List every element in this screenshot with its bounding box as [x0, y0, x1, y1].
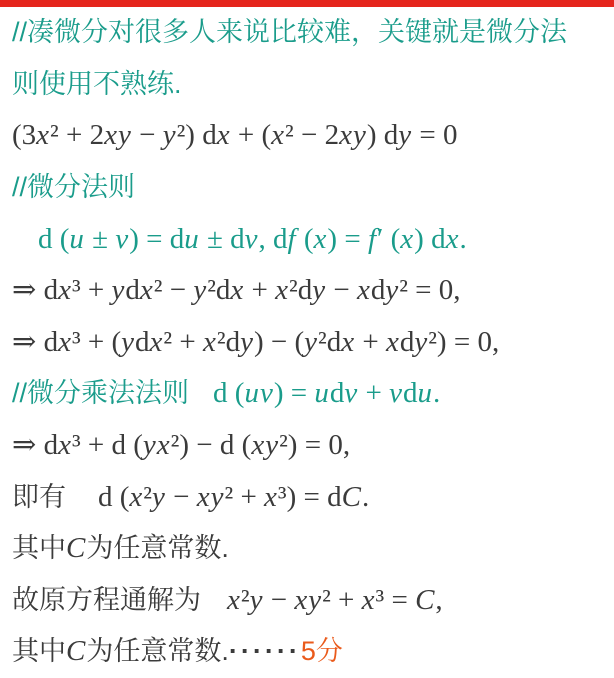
text-segment: //凑微分对很多人来说比较难，关键就是微分法: [12, 19, 567, 46]
text-segment: ······: [229, 638, 301, 665]
text-segment: 为任意常数.: [86, 535, 229, 562]
top-accent-bar: [0, 0, 614, 7]
text-segment: 为任意常数.: [86, 638, 229, 665]
math-segment: C: [66, 534, 86, 563]
step-total-differential: 即有d (x²y − xy² + x³) = dC.: [12, 471, 606, 523]
math-segment: d (u ± v) = du ± dv, df (x) = f′ (x) dx.: [38, 225, 467, 254]
math-segment: d (x²y − xy² + x³) = dC.: [98, 483, 369, 512]
document-content: //凑微分对很多人来说比较难，关键就是微分法则使用不熟练.(3x² + 2xy …: [0, 7, 614, 678]
text-segment: 5分: [301, 638, 343, 665]
text-segment: 则使用不熟练.: [12, 71, 182, 98]
general-solution: 故原方程通解为x²y − xy² + x³ = C,: [12, 575, 606, 627]
comment-diff-rules: //微分法则: [12, 162, 606, 214]
equation-original: (3x² + 2xy − y²) dx + (x² − 2xy) dy = 0: [12, 110, 606, 162]
formula-diff-rules: d (u ± v) = du ± dv, df (x) = f′ (x) dx.: [12, 213, 606, 265]
note-constant-2: 其中C为任意常数.······5分: [12, 626, 606, 678]
step-expand: ⇒ dx³ + ydx² − y²dx + x²dy − xdy² = 0,: [12, 265, 606, 317]
math-segment: ⇒ dx³ + ydx² − y²dx + x²dy − xdy² = 0,: [12, 276, 461, 305]
comment-intro-line-1: //凑微分对很多人来说比较难，关键就是微分法: [12, 7, 606, 59]
math-segment: x²y − xy² + x³ = C,: [227, 586, 443, 615]
text-segment: //微分法则: [12, 174, 135, 201]
note-constant-1: 其中C为任意常数.: [12, 523, 606, 575]
math-segment: ⇒ dx³ + (ydx² + x²dy) − (y²dx + xdy²) = …: [12, 328, 499, 357]
math-segment: d (uv) = udv + vdu.: [213, 379, 440, 408]
solution-document: //凑微分对很多人来说比较难，关键就是微分法则使用不熟练.(3x² + 2xy …: [0, 0, 614, 678]
math-segment: (3x² + 2xy − y²) dx + (x² − 2xy) dy = 0: [12, 121, 457, 150]
text-segment: 其中: [12, 638, 66, 665]
comment-product-rule: //微分乘法法则d (uv) = udv + vdu.: [12, 368, 606, 420]
text-segment: 即有: [12, 484, 66, 511]
step-group: ⇒ dx³ + (ydx² + x²dy) − (y²dx + xdy²) = …: [12, 317, 606, 369]
math-segment: C: [66, 637, 86, 666]
text-segment: 故原方程通解为: [12, 587, 201, 614]
comment-intro-line-2: 则使用不熟练.: [12, 59, 606, 111]
text-segment: 其中: [12, 535, 66, 562]
math-segment: ⇒ dx³ + d (yx²) − d (xy²) = 0,: [12, 431, 350, 460]
text-segment: //微分乘法法则: [12, 380, 189, 407]
step-product-rule-applied: ⇒ dx³ + d (yx²) − d (xy²) = 0,: [12, 420, 606, 472]
